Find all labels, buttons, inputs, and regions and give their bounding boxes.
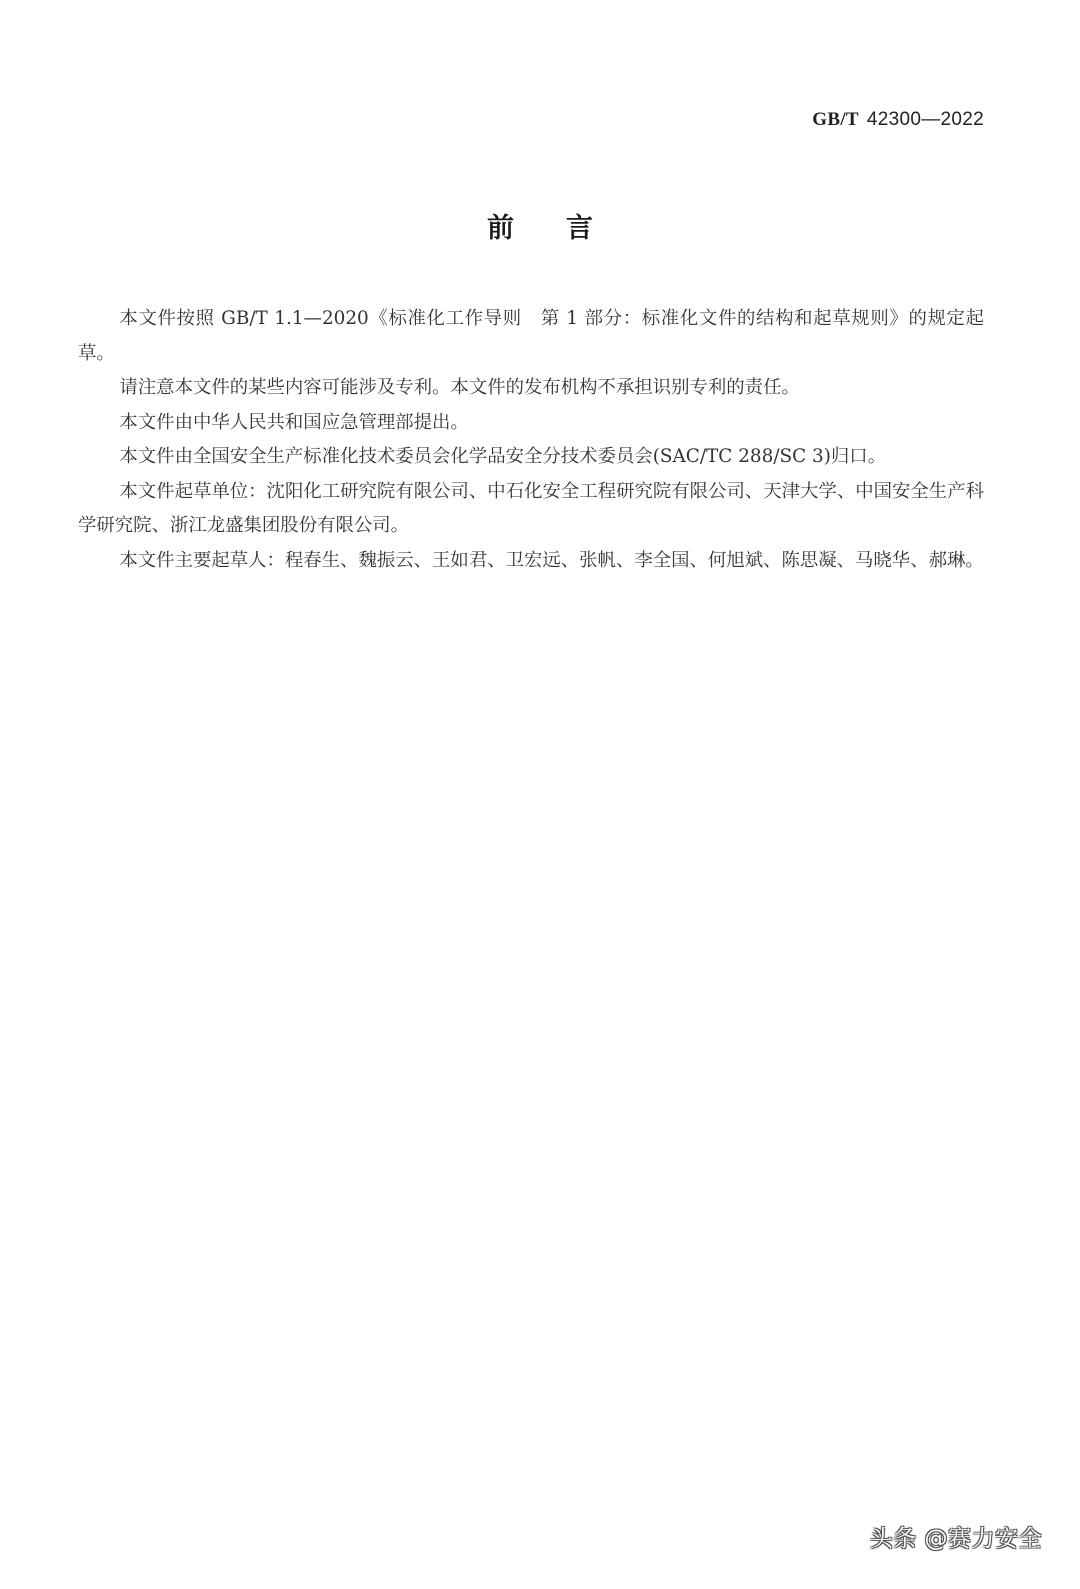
- standard-prefix: GB/T: [812, 109, 859, 130]
- paragraph-patent-notice: 请注意本文件的某些内容可能涉及专利。本文件的发布机构不承担识别专利的责任。: [78, 371, 984, 406]
- foreword-body: 本文件按照 GB/T 1.1—2020《标准化工作导则 第 1 部分：标准化文件…: [78, 302, 984, 578]
- watermark: 头条 @赛力安全: [870, 1520, 1042, 1553]
- paragraph-drafting-organizations: 本文件起草单位：沈阳化工研究院有限公司、中石化安全工程研究院有限公司、天津大学、…: [78, 475, 984, 544]
- paragraph-proposer: 本文件由中华人民共和国应急管理部提出。: [78, 406, 984, 441]
- paragraph-main-drafters: 本文件主要起草人：程春生、魏振云、王如君、卫宏远、张帆、李全国、何旭斌、陈思凝、…: [78, 544, 984, 579]
- standard-number: GB/T42300—2022: [812, 108, 984, 131]
- paragraph-centralized-by: 本文件由全国安全生产标准化技术委员会化学品安全分技术委员会(SAC/TC 288…: [78, 440, 984, 475]
- standard-code: 42300—2022: [867, 109, 984, 130]
- page-title: 前言: [0, 206, 1080, 245]
- paragraph-drafting-rules: 本文件按照 GB/T 1.1—2020《标准化工作导则 第 1 部分：标准化文件…: [78, 302, 984, 371]
